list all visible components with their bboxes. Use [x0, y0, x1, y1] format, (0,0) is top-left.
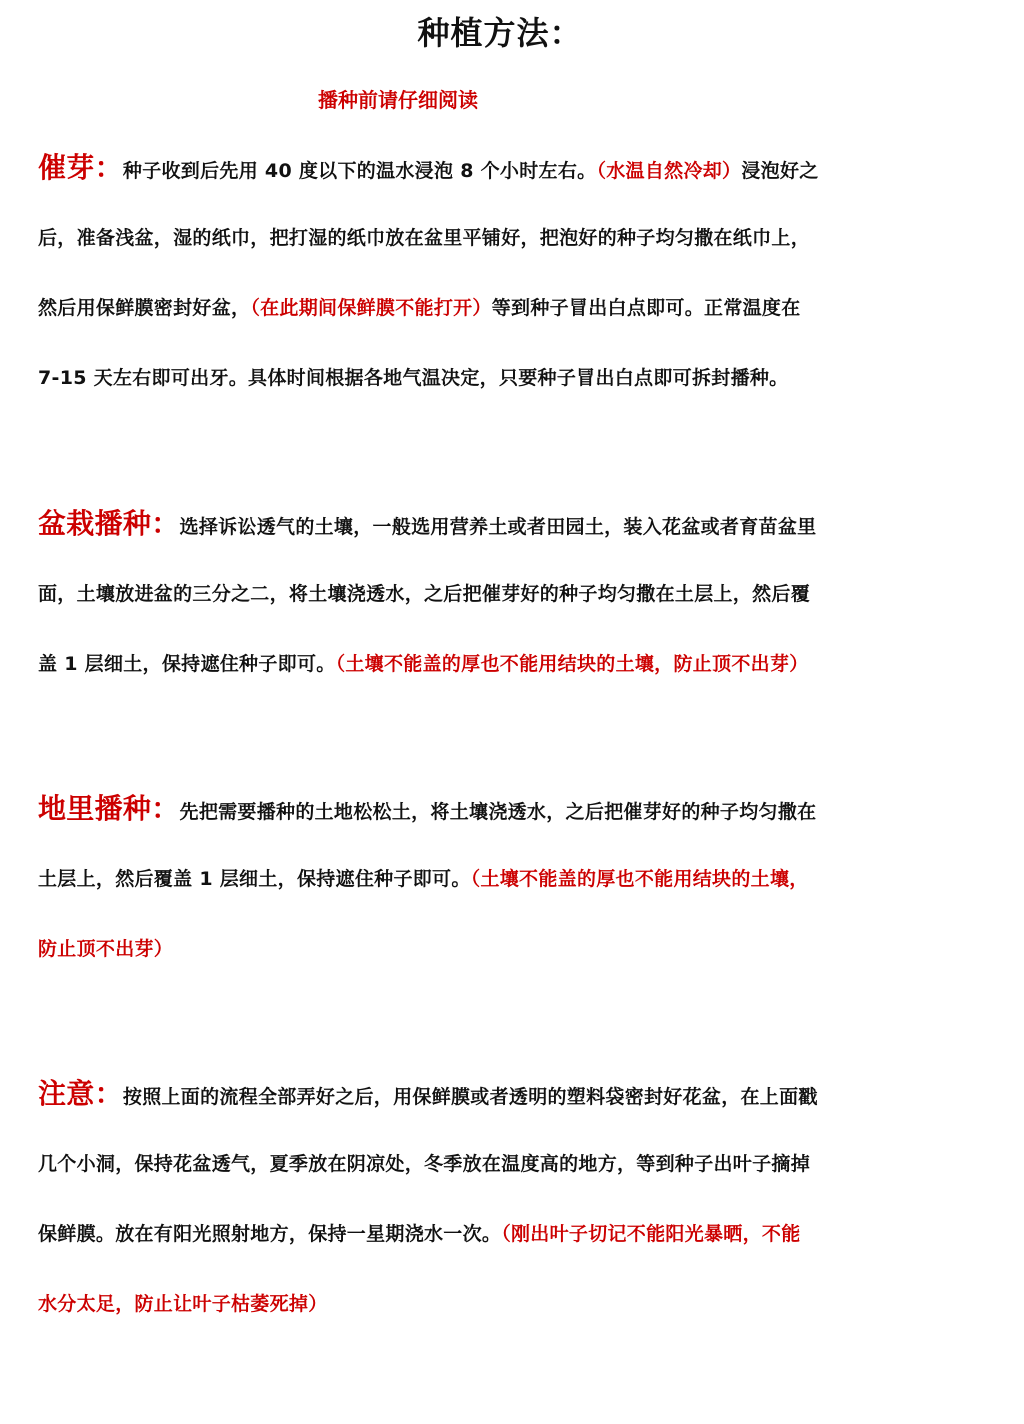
- body-text: 7-15 天左右即可出牙。具体时间根据各地气温决定，只要种子冒出白点即可拆封播种…: [38, 367, 788, 389]
- body-text: 先把需要播种的土地松松土，将土壤浇透水，之后把催芽好的种子均匀撒在: [180, 801, 817, 823]
- body-text: 种子收到后先用 40 度以下的温水浸泡 8 个小时左右。: [123, 160, 597, 182]
- body-text: 浸泡好之: [741, 160, 818, 182]
- body-text: 按照上面的流程全部弄好之后，用保鲜膜或者透明的塑料袋密封好花盆，在上面戳: [123, 1086, 818, 1108]
- warning-text: （水温自然冷却）: [596, 160, 741, 182]
- paragraph-line: 水分太足，防止让叶子枯萎死掉）: [38, 1286, 988, 1356]
- section-field-sowing: 地里播种：先把需要播种的土地松松土，将土壤浇透水，之后把催芽好的种子均匀撒在土层…: [38, 791, 988, 1001]
- body-text: 盖 1 层细土，保持遮住种子即可。: [38, 653, 336, 675]
- warning-text: （在此期间保鲜膜不能打开）: [250, 297, 491, 319]
- section-germination: 催芽：种子收到后先用 40 度以下的温水浸泡 8 个小时左右。（水温自然冷却）浸…: [38, 150, 988, 430]
- paragraph-line: 面，土壤放进盆的三分之二，将土壤浇透水，之后把催芽好的种子均匀撒在土层上，然后覆: [38, 576, 988, 646]
- paragraph-line: 然后用保鲜膜密封好盆，（在此期间保鲜膜不能打开）等到种子冒出白点即可。正常温度在: [38, 290, 988, 360]
- paragraph-line: 盆栽播种：选择诉讼透气的土壤，一般选用营养土或者田园土，装入花盆或者育苗盆里: [38, 506, 988, 576]
- warning-text: （刚出叶子切记不能阳光暴晒，不能: [501, 1223, 800, 1245]
- paragraph-line: 几个小洞，保持花盆透气，夏季放在阴凉处，冬季放在温度高的地方，等到种子出叶子摘掉: [38, 1146, 988, 1216]
- paragraph-line: 催芽：种子收到后先用 40 度以下的温水浸泡 8 个小时左右。（水温自然冷却）浸…: [38, 150, 988, 220]
- warning-text: （土壤不能盖的厚也不能用结块的土壤，: [471, 868, 809, 890]
- section-heading: 催芽：: [38, 151, 123, 184]
- paragraph-line: 保鲜膜。放在有阳光照射地方，保持一星期浇水一次。（刚出叶子切记不能阳光暴晒，不能: [38, 1216, 988, 1286]
- body-text: 保鲜膜。放在有阳光照射地方，保持一星期浇水一次。: [38, 1223, 501, 1245]
- paragraph-line: 注意：按照上面的流程全部弄好之后，用保鲜膜或者透明的塑料袋密封好花盆，在上面戳: [38, 1076, 988, 1146]
- paragraph-line: 盖 1 层细土，保持遮住种子即可。（土壤不能盖的厚也不能用结块的土壤，防止顶不出…: [38, 646, 988, 716]
- body-text: 土层上，然后覆盖 1 层细土，保持遮住种子即可。: [38, 868, 471, 890]
- warning-text: 水分太足，防止让叶子枯萎死掉）: [38, 1293, 328, 1315]
- section-heading: 地里播种：: [38, 792, 180, 825]
- section-notes: 注意：按照上面的流程全部弄好之后，用保鲜膜或者透明的塑料袋密封好花盆，在上面戳几…: [38, 1076, 988, 1356]
- section-heading: 注意：: [38, 1077, 123, 1110]
- body-text: 选择诉讼透气的土壤，一般选用营养土或者田园土，装入花盆或者育苗盆里: [180, 516, 817, 538]
- page-title: 种植方法：: [0, 8, 1000, 54]
- body-text: 后，准备浅盆，湿的纸巾，把打湿的纸巾放在盆里平铺好，把泡好的种子均匀撒在纸巾上，: [38, 227, 810, 249]
- section-pot-sowing: 盆栽播种：选择诉讼透气的土壤，一般选用营养土或者田园土，装入花盆或者育苗盆里面，…: [38, 506, 988, 716]
- subtitle-read-before-sowing: 播种前请仔细阅读: [318, 84, 478, 113]
- paragraph-line: 土层上，然后覆盖 1 层细土，保持遮住种子即可。（土壤不能盖的厚也不能用结块的土…: [38, 861, 988, 931]
- paragraph-line: 防止顶不出芽）: [38, 931, 988, 1001]
- body-text: 然后用保鲜膜密封好盆，: [38, 297, 250, 319]
- section-heading: 盆栽播种：: [38, 507, 180, 540]
- body-text: 等到种子冒出白点即可。正常温度在: [492, 297, 801, 319]
- warning-text: （土壤不能盖的厚也不能用结块的土壤，防止顶不出芽）: [336, 653, 809, 675]
- paragraph-line: 后，准备浅盆，湿的纸巾，把打湿的纸巾放在盆里平铺好，把泡好的种子均匀撒在纸巾上，: [38, 220, 988, 290]
- paragraph-line: 7-15 天左右即可出牙。具体时间根据各地气温决定，只要种子冒出白点即可拆封播种…: [38, 360, 988, 430]
- warning-text: 防止顶不出芽）: [38, 938, 173, 960]
- paragraph-line: 地里播种：先把需要播种的土地松松土，将土壤浇透水，之后把催芽好的种子均匀撒在: [38, 791, 988, 861]
- body-text: 面，土壤放进盆的三分之二，将土壤浇透水，之后把催芽好的种子均匀撒在土层上，然后覆: [38, 583, 810, 605]
- body-text: 几个小洞，保持花盆透气，夏季放在阴凉处，冬季放在温度高的地方，等到种子出叶子摘掉: [38, 1153, 810, 1175]
